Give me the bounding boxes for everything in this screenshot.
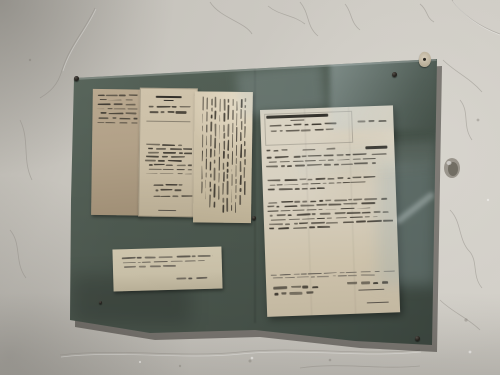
push-pin (415, 336, 420, 341)
photograph (0, 0, 500, 375)
push-pin (252, 216, 256, 220)
push-pin (392, 72, 397, 77)
push-pin (99, 301, 102, 304)
push-pin (74, 76, 79, 81)
pins-layer (0, 0, 500, 375)
